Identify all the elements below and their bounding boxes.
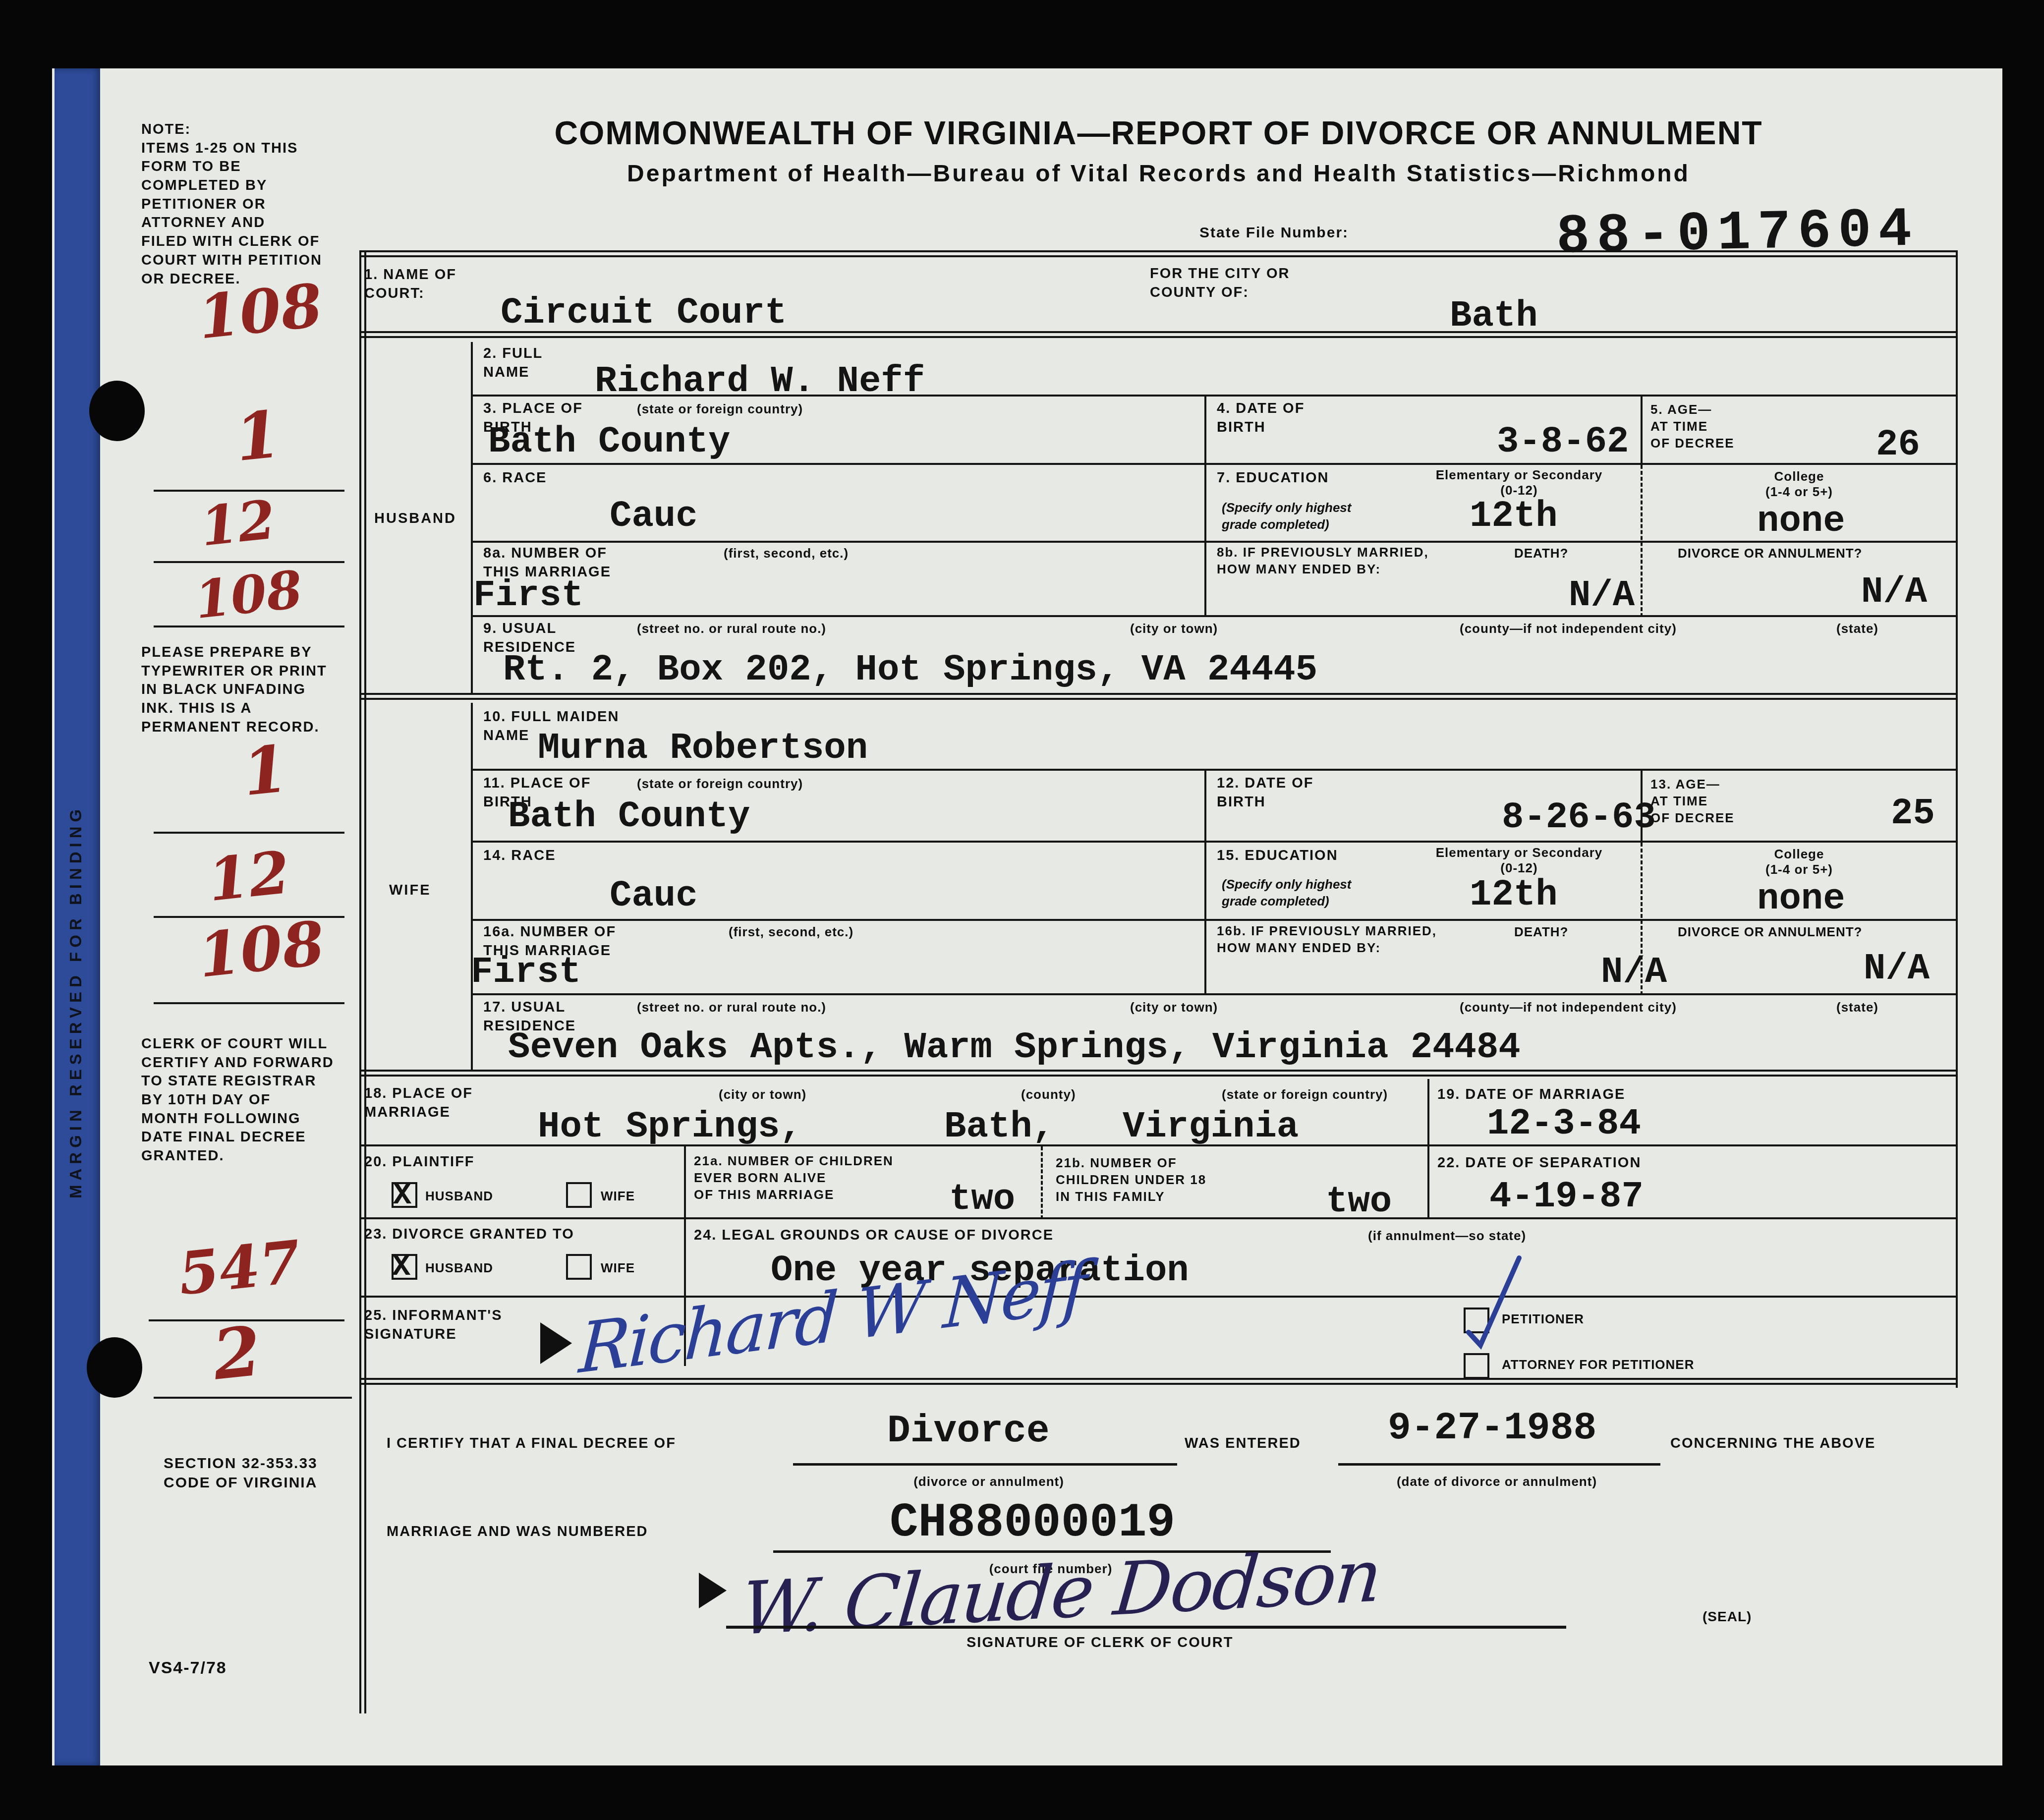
certify-text-4: MARRIAGE AND WAS NUMBERED [387, 1523, 648, 1541]
form-number: VS4-7/78 [149, 1657, 227, 1679]
education-college-header: College (1-4 or 5+) [1700, 847, 1898, 877]
plaintiff-husband-check-mark: X [393, 1178, 411, 1213]
certify-text-3: CONCERNING THE ABOVE [1670, 1434, 1875, 1453]
husband-birthplace-value: Bath County [488, 421, 730, 463]
husband-education-elementary-value: 12th [1470, 496, 1558, 537]
petitioner-label: PETITIONER [1502, 1311, 1584, 1327]
residence-state-hint: (state) [1836, 621, 1878, 636]
husband-name-label: 2. FULL NAME [483, 344, 543, 382]
margin-note: NOTE: ITEMS 1-25 ON THIS FORM TO BE COMP… [141, 120, 322, 288]
divorce-report-document: MARGIN RESERVED FOR BINDING NOTE: ITEMS … [52, 68, 2002, 1765]
marriage-county-value: Bath, [944, 1106, 1054, 1148]
residence-county-hint: (county—if not independent city) [1460, 621, 1677, 636]
wife-age-value: 25 [1891, 793, 1935, 835]
handwritten-number: 12 [205, 838, 293, 914]
decree-type-hint: (divorce or annulment) [800, 1474, 1177, 1489]
wife-age-label: 13. AGE— AT TIME OF DECREE [1650, 776, 1735, 826]
wife-birthplace-hint: (state or foreign country) [637, 776, 803, 792]
informant-signature-label: 25. INFORMANT'S SIGNATURE [364, 1307, 503, 1344]
granted-wife-checkbox [566, 1254, 592, 1280]
plaintiff-wife-label: WIFE [601, 1189, 635, 1204]
marriage-city-hint: (city or town) [719, 1087, 806, 1102]
residence-county-hint: (county—if not independent city) [1460, 1000, 1677, 1015]
petitioner-check-mark [1450, 1253, 1529, 1362]
divorce-granted-to-label: 23. DIVORCE GRANTED TO [364, 1225, 574, 1244]
attorney-label: ATTORNEY FOR PETITIONER [1502, 1357, 1694, 1372]
residence-state-hint: (state) [1836, 1000, 1878, 1015]
binding-strip: MARGIN RESERVED FOR BINDING [55, 68, 100, 1765]
plaintiff-label: 20. PLAINTIFF [364, 1153, 475, 1172]
date-of-marriage-label: 19. DATE OF MARRIAGE [1437, 1085, 1625, 1104]
seal-label: (SEAL) [1703, 1609, 1752, 1625]
children-under18-value: two [1326, 1181, 1392, 1223]
marriage-city-value: Hot Springs, [538, 1106, 802, 1148]
place-of-marriage-label: 18. PLACE OF MARRIAGE [364, 1084, 473, 1122]
husband-race-value: Cauc [610, 496, 698, 537]
husband-marriage-number-hint: (first, second, etc.) [724, 546, 849, 561]
husband-education-college-value: none [1757, 501, 1845, 542]
certify-text-2: WAS ENTERED [1185, 1434, 1301, 1453]
entered-date-hint: (date of divorce or annulment) [1333, 1474, 1660, 1489]
wife-birthdate-label: 12. DATE OF BIRTH [1217, 774, 1314, 811]
residence-city-hint: (city or town) [1130, 1000, 1218, 1015]
scanned-page: MARGIN RESERVED FOR BINDING NOTE: ITEMS … [0, 0, 2044, 1820]
binding-label: MARGIN RESERVED FOR BINDING [66, 455, 85, 1198]
wife-marriage-number-value: First [471, 952, 581, 993]
state-file-number-value: 88-017604 [1556, 198, 1919, 269]
legal-grounds-hint: (if annulment—so state) [1368, 1228, 1526, 1244]
husband-birthplace-hint: (state or foreign country) [637, 401, 803, 417]
wife-education-elementary-value: 12th [1470, 874, 1558, 916]
handwritten-number: 1 [239, 731, 291, 811]
date-of-separation-value: 4-19-87 [1489, 1176, 1644, 1218]
wife-education-label: 15. EDUCATION [1217, 847, 1338, 865]
children-born-label: 21a. NUMBER OF CHILDREN EVER BORN ALIVE … [694, 1153, 894, 1203]
wife-maiden-name-value: Murna Robertson [538, 728, 868, 769]
margin-prepare-note: PLEASE PREPARE BY TYPEWRITER OR PRINT IN… [141, 643, 327, 737]
court-name-label: 1. NAME OF COURT: [364, 266, 456, 303]
husband-age-value: 26 [1876, 424, 1920, 466]
husband-ended-by-divorce-value: N/A [1861, 571, 1927, 613]
husband-education-hint: (Specify only highest grade completed) [1222, 500, 1352, 533]
wife-ended-by-divorce-value: N/A [1864, 948, 1930, 990]
court-name-value: Circuit Court [501, 292, 787, 334]
clerk-signature-label: SIGNATURE OF CLERK OF COURT [966, 1634, 1233, 1652]
wife-marriage-number-hint: (first, second, etc.) [729, 924, 853, 940]
divorce-annulment-label: DIVORCE OR ANNULMENT? [1678, 546, 1862, 561]
wife-education-college-value: none [1757, 878, 1845, 920]
handwritten-number: 547 [175, 1227, 304, 1308]
husband-race-label: 6. RACE [483, 469, 547, 488]
death-label: DEATH? [1514, 924, 1569, 940]
divorce-annulment-label: DIVORCE OR ANNULMENT? [1678, 924, 1862, 940]
husband-ended-by-death-value: N/A [1569, 575, 1635, 617]
granted-husband-check-mark: X [392, 1249, 410, 1284]
education-elementary-header: Elementary or Secondary (0-12) [1410, 467, 1628, 498]
handwritten-number: 108 [195, 270, 326, 352]
clerk-arrow-icon [699, 1573, 727, 1608]
decree-type-value: Divorce [887, 1410, 1050, 1453]
husband-education-label: 7. EDUCATION [1217, 469, 1329, 488]
state-file-number-label: State File Number: [1199, 223, 1349, 242]
wife-birthdate-value: 8-26-63 [1502, 797, 1656, 839]
document-title: COMMONWEALTH OF VIRGINIA—REPORT OF DIVOR… [359, 112, 1958, 155]
handwritten-number: 12 [198, 488, 279, 558]
husband-marriage-number-value: First [473, 575, 583, 617]
husband-residence-value: Rt. 2, Box 202, Hot Springs, VA 24445 [503, 649, 1317, 691]
granted-husband-label: HUSBAND [425, 1260, 493, 1276]
certify-text-1: I CERTIFY THAT A FINAL DECREE OF [387, 1434, 676, 1453]
handwritten-number: 1 [231, 396, 284, 476]
husband-birthdate-label: 4. DATE OF BIRTH [1217, 399, 1305, 437]
wife-education-hint: (Specify only highest grade completed) [1222, 876, 1352, 910]
wife-birthplace-value: Bath County [508, 796, 750, 838]
children-born-value: two [949, 1179, 1015, 1220]
husband-age-label: 5. AGE— AT TIME OF DECREE [1650, 401, 1735, 452]
granted-wife-label: WIFE [601, 1260, 635, 1276]
date-of-separation-label: 22. DATE OF SEPARATION [1437, 1154, 1641, 1173]
punch-hole [87, 1337, 142, 1398]
margin-section-note: SECTION 32-353.33 CODE OF VIRGINIA [164, 1454, 318, 1492]
husband-side-label: HUSBAND [374, 510, 456, 528]
wife-race-label: 14. RACE [483, 847, 556, 865]
marriage-state-hint: (state or foreign country) [1222, 1087, 1388, 1102]
margin-clerk-note: CLERK OF COURT WILL CERTIFY AND FORWARD … [141, 1035, 334, 1166]
plaintiff-husband-label: HUSBAND [425, 1189, 493, 1204]
wife-side-label: WIFE [389, 881, 431, 900]
informant-arrow-icon [540, 1322, 572, 1364]
wife-previously-married-label: 16b. IF PREVIOUSLY MARRIED, HOW MANY END… [1217, 923, 1437, 957]
husband-name-value: Richard W. Neff [595, 361, 925, 402]
document-subtitle: Department of Health—Bureau of Vital Rec… [359, 159, 1958, 189]
punch-hole [89, 381, 145, 441]
attorney-checkbox [1464, 1353, 1489, 1379]
marriage-county-hint: (county) [1021, 1087, 1076, 1102]
husband-birthdate-value: 3-8-62 [1497, 421, 1629, 463]
wife-residence-value: Seven Oaks Apts., Warm Springs, Virginia… [508, 1027, 1521, 1069]
residence-street-hint: (street no. or rural route no.) [637, 1000, 826, 1015]
education-college-header: College (1-4 or 5+) [1700, 469, 1898, 500]
marriage-state-value: Virginia [1123, 1106, 1299, 1148]
husband-previously-married-label: 8b. IF PREVIOUSLY MARRIED, HOW MANY ENDE… [1217, 544, 1429, 578]
plaintiff-wife-checkbox [566, 1182, 592, 1208]
city-county-label: FOR THE CITY OR COUNTY OF: [1150, 265, 1290, 302]
wife-ended-by-death-value: N/A [1601, 952, 1667, 993]
legal-grounds-label: 24. LEGAL GROUNDS OR CAUSE OF DIVORCE [694, 1226, 1054, 1245]
residence-city-hint: (city or town) [1130, 621, 1218, 636]
wife-race-value: Cauc [610, 875, 698, 917]
city-county-value: Bath [1450, 295, 1538, 337]
children-under18-label: 21b. NUMBER OF CHILDREN UNDER 18 IN THIS… [1056, 1155, 1206, 1205]
handwritten-number: 2 [209, 1310, 265, 1395]
handwritten-number: 108 [195, 907, 328, 991]
entered-date-value: 9-27-1988 [1388, 1407, 1596, 1450]
death-label: DEATH? [1514, 546, 1569, 561]
court-file-number-value: CH88000019 [890, 1496, 1175, 1550]
education-elementary-header: Elementary or Secondary (0-12) [1410, 845, 1628, 876]
residence-street-hint: (street no. or rural route no.) [637, 621, 826, 636]
date-of-marriage-value: 12-3-84 [1487, 1103, 1641, 1145]
handwritten-number: 108 [192, 559, 305, 630]
